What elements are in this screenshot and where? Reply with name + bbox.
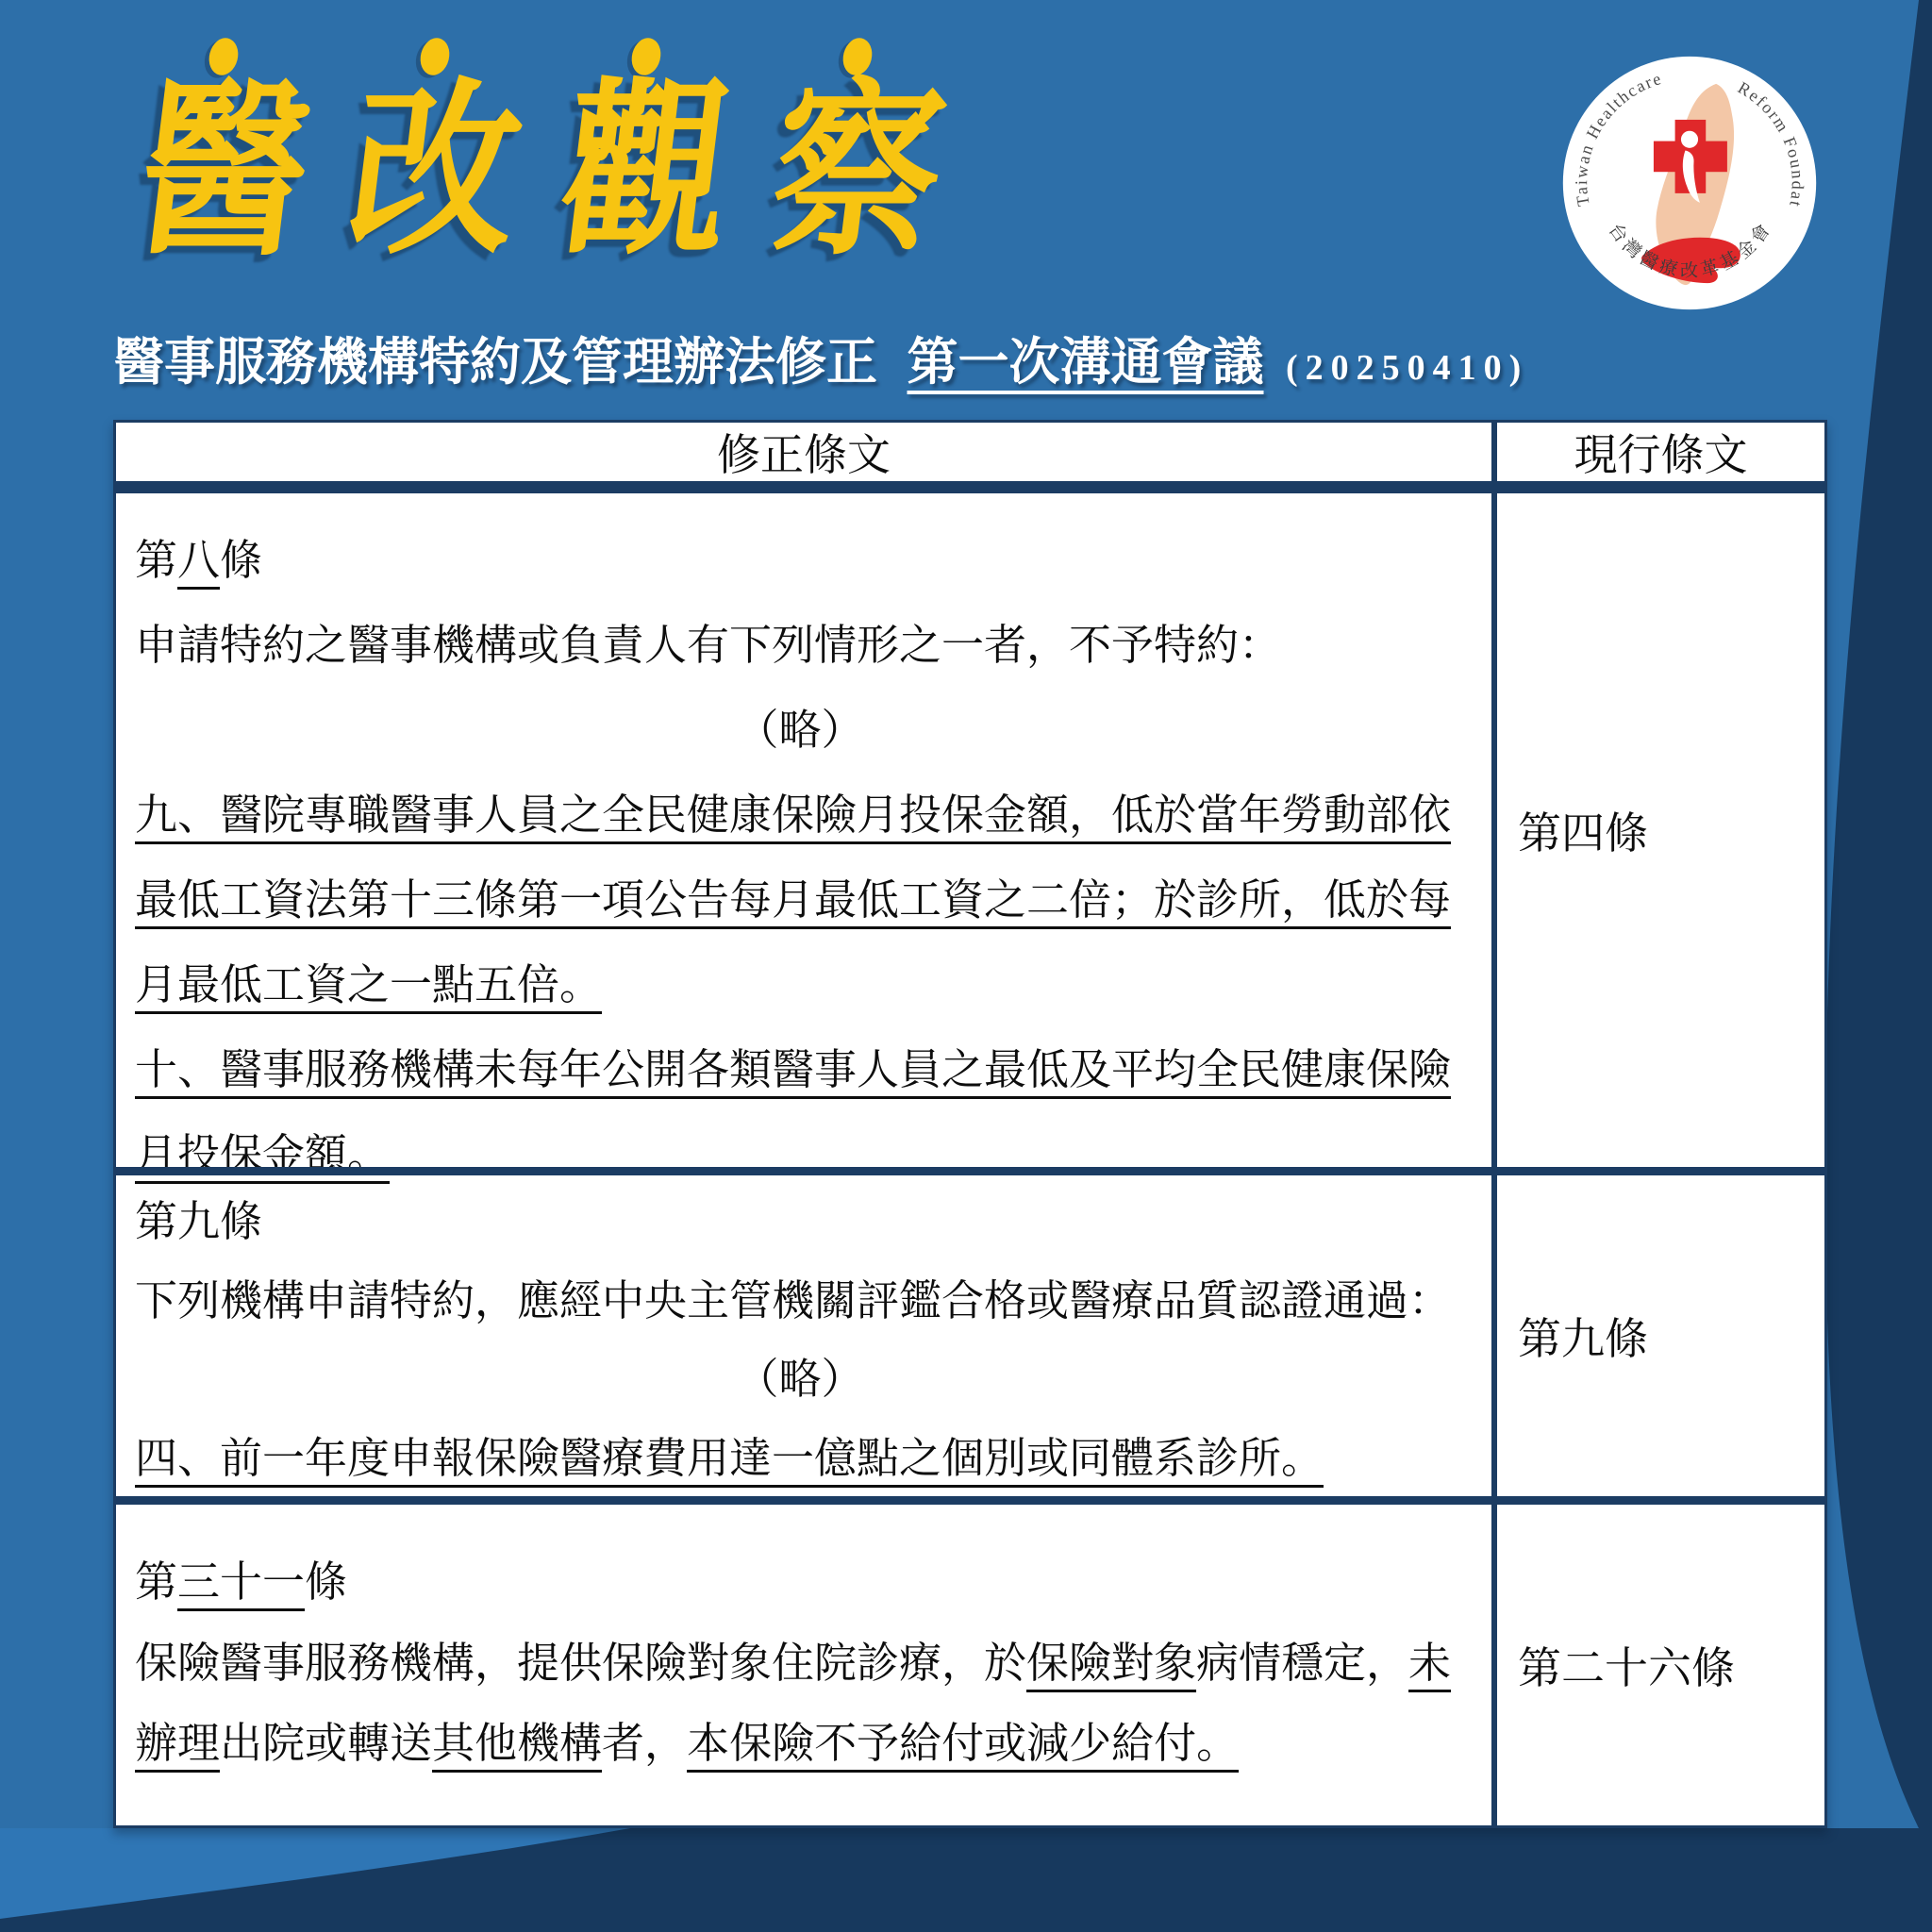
subtitle: 醫事服務機構特約及管理辦法修正 第一次溝通會議 (20250410) — [113, 332, 1830, 393]
paragraph: 九、醫院專職醫事人員之全民健康保險月投保金額，低於當年勞動部依最低工資法第十三條… — [135, 773, 1465, 1027]
current-article: 第四條 — [1518, 799, 1648, 861]
underlined-text: 十、醫事服務機構未每年公開各類醫事人員之最低及平均全民健康保險月投保金額。 — [135, 1046, 1451, 1178]
text: 第九條 — [135, 1198, 262, 1245]
title-glyph: 醫 — [128, 78, 319, 266]
paragraph: 四、前一年度申報保險醫療費用達一億點之個別或同體系診所。 — [135, 1420, 1465, 1499]
table-row: 第九條下列機構申請特約，應經中央主管機關評鑑合格或醫療品質認證通過：（略）四、前… — [116, 1175, 1824, 1496]
amended-cell: 第三十一條保險醫事服務機構，提供保險對象住院診療，於保險對象病情穩定，未辦理出院… — [116, 1505, 1491, 1825]
underlined-text: 九、醫院專職醫事人員之全民健康保險月投保金額，低於當年勞動部依最低工資法第十三條… — [135, 791, 1451, 1008]
underlined-text: 八 — [177, 537, 220, 584]
paragraph: （略） — [135, 688, 1465, 773]
current-cell: 第九條 — [1497, 1175, 1824, 1496]
title-char: 察 — [774, 38, 941, 257]
header-amended: 修正條文 — [116, 423, 1491, 481]
text: 第 — [135, 537, 177, 584]
subtitle-main: 醫事服務機構特約及管理辦法修正 — [113, 334, 877, 391]
paragraph: 第八條 — [135, 518, 1465, 603]
underlined-text: 其他機構 — [432, 1720, 602, 1767]
paragraph: 申請特約之醫事機構或負責人有下列情形之一者，不予特約： — [135, 603, 1465, 688]
title-char: 改 — [351, 38, 519, 257]
current-article: 第九條 — [1518, 1305, 1648, 1367]
row-divider — [116, 1496, 1824, 1505]
text: （略） — [736, 1356, 863, 1403]
title-glyph: 觀 — [551, 78, 741, 266]
underlined-text: 本保險不予給付或減少給付。 — [687, 1720, 1239, 1767]
paragraph: 第九條 — [135, 1183, 1465, 1262]
table-row: 第三十一條保險醫事服務機構，提供保險對象住院診療，於保險對象病情穩定，未辦理出院… — [116, 1505, 1824, 1825]
underlined-text: 三十一 — [177, 1558, 305, 1606]
row-divider — [116, 1167, 1824, 1175]
subtitle-date: (20250410) — [1286, 348, 1528, 388]
current-cell: 第二十六條 — [1497, 1505, 1824, 1825]
amended-cell: 第九條下列機構申請特約，應經中央主管機關評鑑合格或醫療品質認證通過：（略）四、前… — [116, 1175, 1491, 1496]
title-glyph: 改 — [340, 78, 530, 266]
foundation-logo: Taiwan Healthcare Reform Foundation 台灣醫療… — [1561, 55, 1818, 311]
poster: 醫 改 觀 察 — [0, 0, 1932, 1932]
text: 條 — [220, 537, 262, 584]
text: 條 — [305, 1558, 347, 1606]
paragraph: 第三十一條 — [135, 1542, 1465, 1624]
title-char: 醫 — [140, 38, 308, 257]
text: 病情穩定， — [1196, 1640, 1408, 1687]
text: （略） — [736, 707, 863, 754]
paragraph: 下列機構申請特約，應經中央主管機關評鑑合格或醫療品質認證通過： — [135, 1262, 1465, 1341]
title-char: 觀 — [562, 38, 730, 257]
subtitle-highlight: 第一次溝通會議 — [908, 334, 1264, 391]
foundation-logo-graphic: Taiwan Healthcare Reform Foundation 台灣醫療… — [1561, 55, 1818, 311]
row-divider — [116, 481, 1824, 493]
text: 者， — [602, 1720, 687, 1767]
title-glyph: 察 — [762, 78, 953, 266]
table-header-row: 修正條文 現行條文 — [116, 423, 1824, 481]
text: 第 — [135, 1558, 177, 1606]
amended-cell: 第八條申請特約之醫事機構或負責人有下列情形之一者，不予特約：（略）九、醫院專職醫… — [116, 493, 1491, 1167]
underlined-text: 保險對象 — [1026, 1640, 1196, 1687]
page-title: 醫 改 觀 察 — [140, 38, 941, 257]
text: 下列機構申請特約，應經中央主管機關評鑑合格或醫療品質認證通過： — [135, 1277, 1451, 1324]
paragraph: 保險醫事服務機構，提供保險對象住院診療，於保險對象病情穩定，未辦理出院或轉送其他… — [135, 1624, 1465, 1785]
text: 保險醫事服務機構，提供保險對象住院診療，於 — [135, 1640, 1026, 1687]
comparison-table: 修正條文 現行條文 第八條申請特約之醫事機構或負責人有下列情形之一者，不予特約：… — [113, 420, 1827, 1828]
text: 出院或轉送 — [220, 1720, 432, 1767]
current-cell: 第四條 — [1497, 493, 1824, 1167]
header-current: 現行條文 — [1497, 423, 1824, 481]
current-article: 第二十六條 — [1518, 1634, 1735, 1696]
underlined-text: 四、前一年度申報保險醫療費用達一億點之個別或同體系診所。 — [135, 1435, 1324, 1482]
table-row: 第八條申請特約之醫事機構或負責人有下列情形之一者，不予特約：（略）九、醫院專職醫… — [116, 493, 1824, 1167]
paragraph: （略） — [135, 1341, 1465, 1420]
text: 申請特約之醫事機構或負責人有下列情形之一者，不予特約： — [135, 622, 1281, 669]
